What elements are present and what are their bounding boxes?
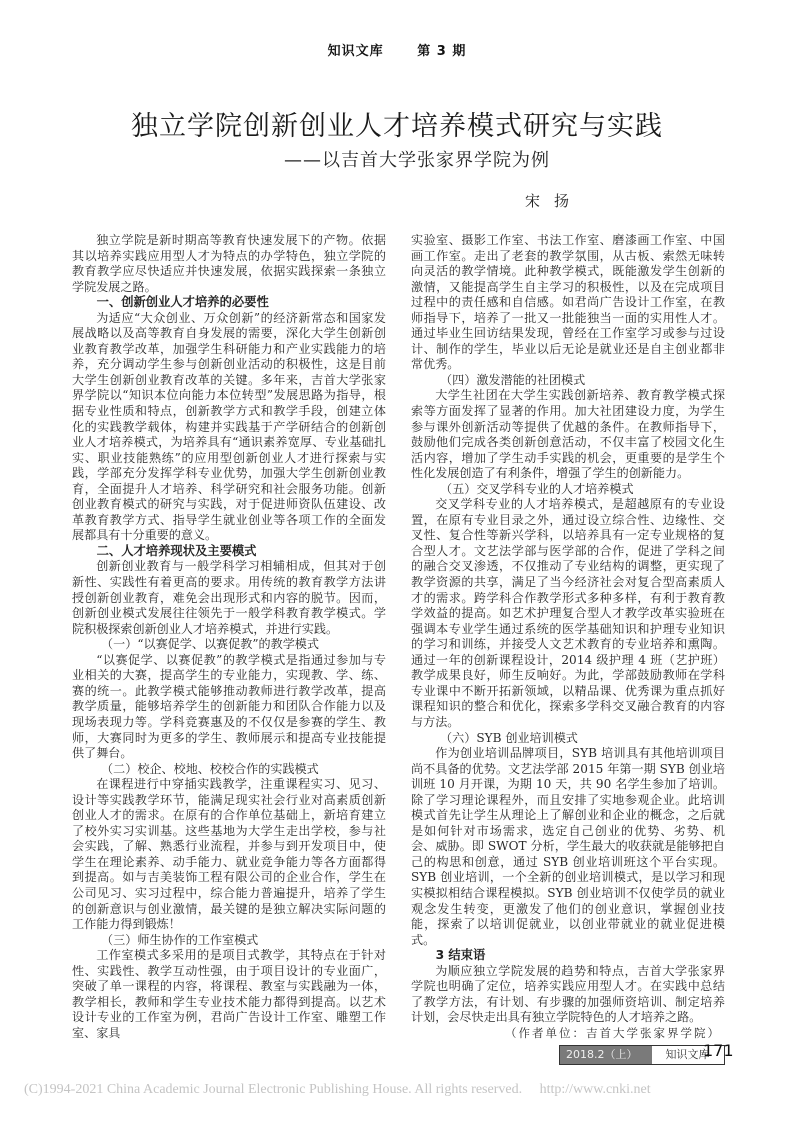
- subsection-5-paragraph: 交叉学科专业的人才培养模式，是超越原有的专业设置，在原有专业目录之外，通过设立综…: [411, 497, 725, 730]
- subsection-2-heading: （二）校企、校地、校校合作的实践模式: [72, 762, 386, 778]
- section-2-paragraph: 创新创业教育与一般学科学习相辅相成，但其对于创新性、实践性有着更高的要求。用传统…: [72, 559, 386, 637]
- subsection-5-heading: （五）交叉学科专业的人才培养模式: [411, 482, 725, 498]
- subsection-3-heading: （三）师生协作的工作室模式: [72, 933, 386, 949]
- copyright-text: (C)1994-2021 China Academic Journal Elec…: [24, 1082, 522, 1097]
- page-number: 171: [703, 1041, 734, 1060]
- intro-paragraph: 独立学院是新时期高等教育快速发展下的产物。依据其以培养实践应用型人才为特点的办学…: [72, 233, 386, 295]
- footer-date: 2018.2（上）: [560, 1046, 652, 1064]
- section-2-heading: 二、人才培养现状及主要模式: [72, 544, 386, 560]
- subsection-1-heading: （一）“以赛促学、以赛促教”的教学模式: [72, 637, 386, 653]
- conclusion-paragraph: 为顺应独立学院发展的趋势和特点，吉首大学张家界学院也明确了定位，培养实践应用型人…: [411, 964, 725, 1026]
- subsection-6-heading: （六）SYB 创业培训模式: [411, 731, 725, 747]
- subsection-3-paragraph-continued: 实验室、摄影工作室、书法工作室、磨漆画工作室、中国画工作室。走出了老套的教学氛围…: [411, 233, 725, 373]
- subsection-6-paragraph: 作为创业培训品牌项目，SYB 培训具有其他培训项目尚不具备的优势。文艺法学部 2…: [411, 746, 725, 948]
- author-affiliation: （作者单位：吉首大学张家界学院）: [411, 1026, 725, 1042]
- right-column: 实验室、摄影工作室、书法工作室、磨漆画工作室、中国画工作室。走出了老套的教学氛围…: [411, 233, 725, 1041]
- left-column: 独立学院是新时期高等教育快速发展下的产物。依据其以培养实践应用型人才为特点的办学…: [72, 233, 386, 1041]
- cnki-link[interactable]: http://www.cnki.net: [540, 1082, 651, 1097]
- author-name: 宋扬: [525, 190, 583, 211]
- footer-issue-badge: 2018.2（上） 知识文库: [559, 1045, 725, 1065]
- section-1-paragraph: 为适应“大众创业、万众创新”的经济新常态和国家发展战略以及高等教育自身发展的需要…: [72, 311, 386, 544]
- subsection-4-paragraph: 大学生社团在大学生实践创新培养、教育教学模式探索等方面发挥了显著的作用。加大社团…: [411, 388, 725, 481]
- journal-name: 知识文库: [328, 44, 384, 59]
- copyright-notice: (C)1994-2021 China Academic Journal Elec…: [24, 1082, 651, 1098]
- running-head: 知识文库 第 3 期: [0, 40, 794, 59]
- article-title: 独立学院创新创业人才培养模式研究与实践: [0, 104, 794, 143]
- issue-number: 第 3 期: [417, 44, 466, 59]
- article-subtitle: ——以吉首大学张家界学院为例: [0, 146, 794, 172]
- subsection-2-paragraph: 在课程进行中穿插实践教学，注重课程实习、见习、设计等实践教学环节，能满足现实社会…: [72, 777, 386, 932]
- subsection-4-heading: （四）激发潜能的社团模式: [411, 373, 725, 389]
- subsection-1-paragraph: “以赛促学、以赛促教”的教学模式是指通过参加与专业相关的大赛，提高学生的专业能力…: [72, 653, 386, 762]
- section-1-heading: 一、创新创业人才培养的必要性: [72, 295, 386, 311]
- subsection-3-paragraph-start: 工作室模式多采用的是项目式教学，其特点在于针对性、实践性、教学互动性强，由于项目…: [72, 948, 386, 1041]
- section-3-heading: 3 结束语: [411, 948, 725, 964]
